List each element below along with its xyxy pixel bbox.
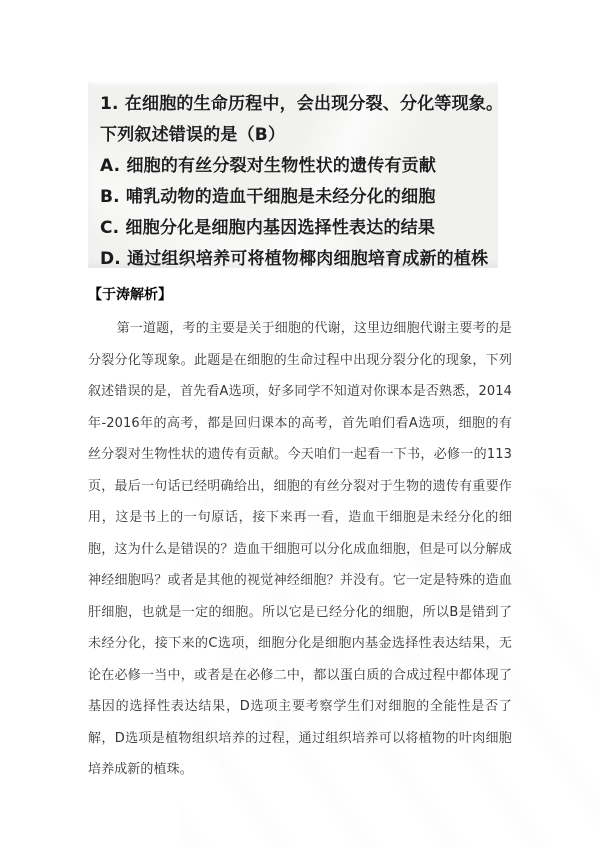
option-c: C. 细胞分化是细胞内基因选择性表达的结果 bbox=[100, 213, 498, 244]
option-b: B. 哺乳动物的造血干细胞是未经分化的细胞 bbox=[100, 182, 498, 213]
analysis-heading: 【于涛解析】 bbox=[88, 286, 512, 304]
option-d: D. 通过组织培养可将植物椰肉细胞培育成新的植株 bbox=[100, 244, 498, 275]
analysis-section: 【于涛解析】 第一道题，考的主要是关于细胞的代谢，这里边细胞代谢主要考的是分裂分… bbox=[88, 286, 512, 786]
question-card: 1. 在细胞的生命历程中，会出现分裂、分化等现象。 下列叙述错误的是（B） A.… bbox=[88, 82, 498, 268]
document-page: 1. 在细胞的生命历程中，会出现分裂、分化等现象。 下列叙述错误的是（B） A.… bbox=[0, 0, 600, 848]
analysis-paragraph: 第一道题，考的主要是关于细胞的代谢，这里边细胞代谢主要考的是分裂分化等现象。此题… bbox=[88, 313, 512, 786]
question-stem-line-2: 下列叙述错误的是（B） bbox=[100, 120, 498, 151]
option-a: A. 细胞的有丝分裂对生物性状的遗传有贡献 bbox=[100, 151, 498, 182]
question-stem-line-1: 1. 在细胞的生命历程中，会出现分裂、分化等现象。 bbox=[100, 89, 498, 120]
